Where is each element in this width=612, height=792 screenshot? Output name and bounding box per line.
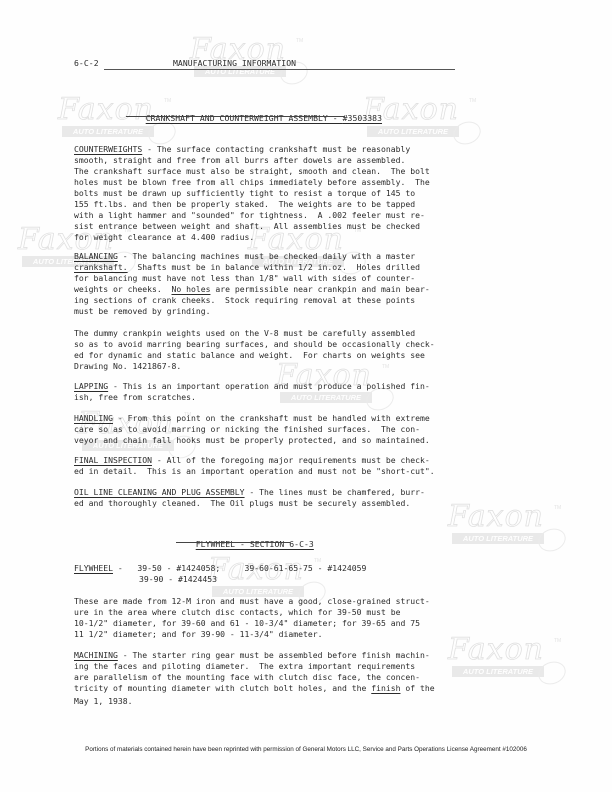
counterweights-heading: COUNTERWEIGHTS	[74, 144, 142, 154]
paragraph-line: ed in detail. This is an important opera…	[74, 466, 435, 477]
paragraph-line: - The surface contacting crankshaft must…	[142, 144, 410, 154]
paragraph-line: These are made from 12-M iron and must h…	[74, 596, 430, 607]
page-title: CRANKSHAFT AND COUNTERWEIGHT ASSEMBLY - …	[126, 103, 382, 133]
document-page: Faxon TM AUTO LITERATURE Faxon TM AUTO L…	[0, 0, 612, 792]
paragraph-line: The dummy crankpin weights used on the V…	[74, 328, 415, 339]
lapping-heading: LAPPING	[74, 381, 108, 391]
page-number: 6-C-2	[74, 58, 99, 68]
flywheel-section-title: FLYWHEEL - SECTION 6-C-3	[176, 529, 314, 559]
header-section-title: MANUFACTURING INFORMATION	[173, 58, 296, 68]
paragraph-line: with a light hammer and "sounded" for ti…	[74, 210, 425, 221]
part-numbers-line: 39-90 - #1424453	[139, 574, 217, 585]
paragraph-line: care so as to avoid marring or nicking t…	[74, 424, 420, 435]
paragraph-line: - From this point on the crankshaft must…	[113, 413, 430, 423]
paragraph-line: 155 ft.lbs. and then be properly staked.…	[74, 199, 415, 210]
oil-line-heading: OIL LINE CLEANING AND PLUG ASSEMBLY	[74, 487, 245, 497]
paragraph-line: ing sections of crank cheeks. Stock requ…	[74, 295, 415, 306]
paragraph-line: - This is an important operation and mus…	[108, 381, 430, 391]
title-double-rule	[126, 116, 345, 117]
seal-icon	[535, 525, 569, 555]
faxon-watermark: Faxon TM AUTO LITERATURE	[430, 503, 580, 555]
license-footer: Portions of materials contained herein h…	[0, 746, 612, 753]
paragraph-line: bolts must be drawn up sufficiently tigh…	[74, 188, 415, 199]
paragraph-line: Drawing No. 1421867-8.	[74, 361, 181, 372]
paragraph-line: - The balancing machines must be checked…	[118, 251, 415, 261]
paragraph-line: The crankshaft surface must also be stra…	[74, 166, 430, 177]
underlined-text: No holes	[171, 284, 210, 294]
header-rule	[104, 69, 455, 70]
paragraph-line: are permissible near crankpin and main b…	[210, 284, 429, 294]
paragraph-line: are parallelism of the mounting face wit…	[74, 672, 420, 683]
machining-heading: MACHINING	[74, 650, 118, 660]
flywheel-heading: FLYWHEEL	[74, 563, 113, 573]
title-text: CRANKSHAFT AND COUNTERWEIGHT ASSEMBLY -	[146, 113, 343, 123]
handling-heading: HANDLING	[74, 413, 113, 423]
seal-icon	[450, 118, 484, 148]
paragraph-line: tricity of mounting diameter with clutch…	[74, 683, 371, 693]
paragraph-line: - All of the foregoing major requirement…	[152, 455, 430, 465]
paragraph-line: sist entrance between weight and shaft. …	[74, 221, 420, 232]
underlined-text: finish	[371, 683, 400, 693]
paragraph-line: Shafts must be in balance within 1/2 in.…	[128, 262, 420, 272]
paragraph-line: - The lines must be chamfered, burr-	[245, 487, 425, 497]
final-inspection-heading: FINAL INSPECTION	[74, 455, 152, 465]
paragraph-line: ure in the area where clutch disc contac…	[74, 607, 400, 618]
paragraph-line: for balancing must have not less than 1/…	[74, 273, 415, 284]
faxon-watermark: Faxon TM AUTO LITERATURE	[430, 636, 580, 688]
part-numbers-line: - 39-50 - #1424058; 39-60-61-65-75 - #14…	[113, 563, 366, 573]
paragraph-line: for weight clearance at 4.400 radius.	[74, 232, 254, 243]
document-date: May 1, 1938.	[74, 696, 132, 707]
section-title-rule	[176, 542, 290, 543]
paragraph-line: ing the faces and piloting diameter. The…	[74, 661, 415, 672]
paragraph-line: veyor and chain fall hooks must be prope…	[74, 435, 430, 446]
paragraph-line: ed and thoroughly cleaned. The Oil plugs…	[74, 498, 410, 509]
seal-icon	[535, 658, 569, 688]
paragraph-line: of the	[401, 683, 435, 693]
paragraph-line: ed for dynamic and static balance and we…	[74, 350, 425, 361]
paragraph-line: 10-1/2" diameter, for 39-60 and 61 - 10-…	[74, 618, 420, 629]
section-title-text: FLYWHEEL - SECTION 6-C-3	[196, 539, 314, 549]
paragraph-line: - The starter ring gear must be assemble…	[118, 650, 430, 660]
paragraph-line: weights or cheeks.	[74, 284, 171, 294]
balancing-heading: BALANCING	[74, 251, 118, 261]
paragraph-line: ish, free from scratches.	[74, 392, 196, 403]
paragraph-line: 11 1/2" diameter; and for 39-90 - 11-3/4…	[74, 629, 323, 640]
title-part-number: #3503383	[343, 113, 382, 123]
paragraph-line: must be removed by grinding.	[74, 306, 210, 317]
paragraph-line: so as to avoid marring bearing surfaces,…	[74, 339, 435, 350]
paragraph-line: holes must be blown free from all chips …	[74, 177, 430, 188]
underlined-text: crankshaft.	[74, 262, 128, 272]
paragraph-line: smooth, straight and free from all burrs…	[74, 155, 405, 166]
